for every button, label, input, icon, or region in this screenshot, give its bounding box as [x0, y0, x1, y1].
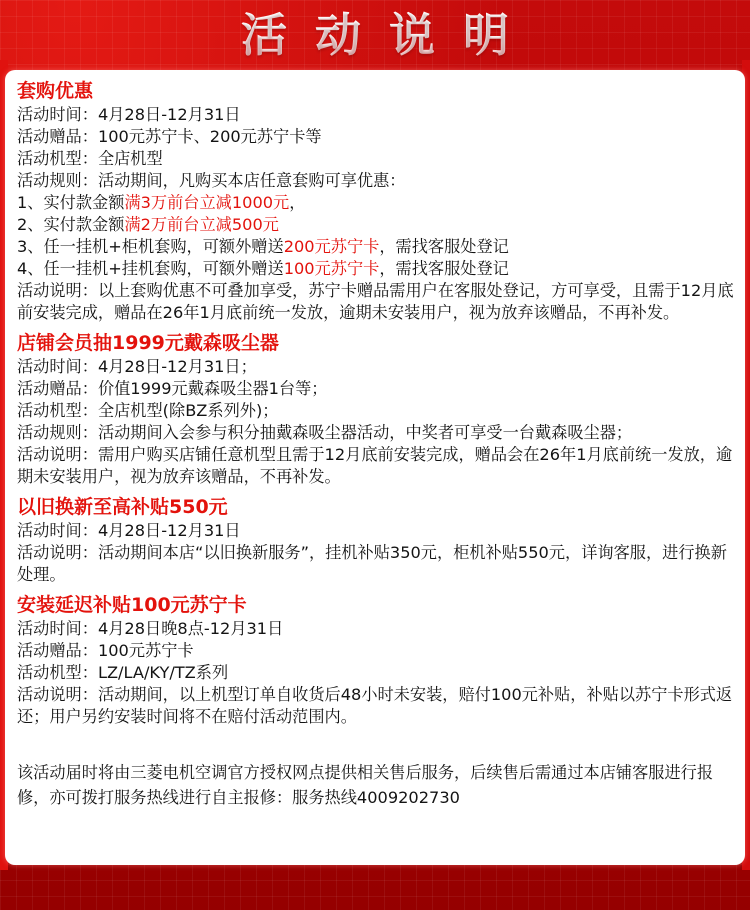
separator: ：	[82, 357, 98, 376]
after-sales-note: 该活动届时将由三菱电机空调官方授权网点提供相关售后服务，后续售后需通过本店铺客服…	[17, 760, 735, 810]
line-label: 活动说明	[17, 281, 82, 300]
section-member-lottery: 店铺会员抽1999元戴森吸尘器 活动时间：4月28日-12月31日； 活动赠品：…	[17, 330, 735, 488]
separator: ：	[82, 171, 98, 190]
info-line-rules: 活动规则：活动期间入会参与积分抽戴森吸尘器活动，中奖者可享受一台戴森吸尘器；	[17, 422, 735, 444]
rule-text: ，	[289, 193, 305, 212]
rule-highlight: 满2万前台立减500元	[124, 215, 279, 234]
line-label: 活动机型	[17, 401, 82, 420]
rule-highlight: 200元苏宁卡	[284, 237, 380, 256]
section-title: 店铺会员抽1999元戴森吸尘器	[17, 330, 735, 356]
line-label: 活动时间	[17, 357, 82, 376]
rule-text: 3、任一挂机+柜机套购，可额外赠送	[17, 237, 284, 256]
line-value: 4月28日晚8点-12月31日	[98, 619, 283, 638]
rule-text: ，需找客服处登记	[379, 237, 509, 256]
separator: ：	[82, 423, 98, 442]
line-label: 活动说明	[17, 685, 82, 704]
line-value: 全店机型	[98, 149, 163, 168]
separator: ：	[82, 105, 98, 124]
line-value: 全店机型(除BZ系列外)；	[98, 401, 279, 420]
line-value: 需用户购买店铺任意机型且需于12月底前安装完成，赠品会在26年1月底前统一发放，…	[17, 445, 732, 486]
separator: ：	[82, 445, 98, 464]
separator: ：	[82, 281, 98, 300]
rule-item-2: 2、实付款金额满2万前台立减500元	[17, 214, 735, 236]
info-line-models: 活动机型：全店机型	[17, 148, 735, 170]
activity-page: 活动说明 套购优惠 活动时间：4月28日-12月31日 活动赠品：100元苏宁卡…	[0, 0, 750, 910]
info-note: 活动说明：活动期间本店“以旧换新服务”，挂机补贴350元，柜机补贴550元，详询…	[17, 542, 735, 586]
info-line-time: 活动时间：4月28日-12月31日	[17, 520, 735, 542]
info-line-time: 活动时间：4月28日-12月31日；	[17, 356, 735, 378]
info-line-gift: 活动赠品：100元苏宁卡、200元苏宁卡等	[17, 126, 735, 148]
rule-item-3: 3、任一挂机+柜机套购，可额外赠送200元苏宁卡，需找客服处登记	[17, 236, 735, 258]
section-install-delay: 安装延迟补贴100元苏宁卡 活动时间：4月28日晚8点-12月31日 活动赠品：…	[17, 592, 735, 728]
separator: ：	[82, 619, 98, 638]
separator: ：	[82, 149, 98, 168]
info-note: 活动说明：需用户购买店铺任意机型且需于12月底前安装完成，赠品会在26年1月底前…	[17, 444, 735, 488]
separator: ：	[82, 543, 98, 562]
rule-text: 1、实付款金额	[17, 193, 124, 212]
line-value: 价值1999元戴森吸尘器1台等；	[98, 379, 328, 398]
separator: ：	[82, 401, 98, 420]
separator: ：	[82, 685, 98, 704]
line-value: LZ/LA/KY/TZ系列	[98, 663, 228, 682]
info-note: 活动说明：活动期间，以上机型订单自收货后48小时未安装，赔付100元补贴，补贴以…	[17, 684, 735, 728]
line-value: 4月28日-12月31日；	[98, 357, 257, 376]
line-label: 活动规则	[17, 423, 82, 442]
card-content: 套购优惠 活动时间：4月28日-12月31日 活动赠品：100元苏宁卡、200元…	[5, 70, 745, 810]
section-trade-in: 以旧换新至高补贴550元 活动时间：4月28日-12月31日 活动说明：活动期间…	[17, 494, 735, 586]
line-value: 100元苏宁卡	[98, 641, 194, 660]
line-label: 活动机型	[17, 663, 82, 682]
line-label: 活动时间	[17, 521, 82, 540]
info-line-time: 活动时间：4月28日-12月31日	[17, 104, 735, 126]
line-value: 4月28日-12月31日	[98, 105, 241, 124]
rule-highlight: 100元苏宁卡	[284, 259, 380, 278]
line-label: 活动机型	[17, 149, 82, 168]
rule-item-1: 1、实付款金额满3万前台立减1000元，	[17, 192, 735, 214]
info-line-time: 活动时间：4月28日晚8点-12月31日	[17, 618, 735, 640]
info-line-gift: 活动赠品：价值1999元戴森吸尘器1台等；	[17, 378, 735, 400]
rule-text: ，需找客服处登记	[379, 259, 509, 278]
line-value: 活动期间，凡购买本店任意套购可享优惠：	[98, 171, 406, 190]
section-bundle-discount: 套购优惠 活动时间：4月28日-12月31日 活动赠品：100元苏宁卡、200元…	[17, 78, 735, 324]
separator: ：	[82, 663, 98, 682]
line-value: 100元苏宁卡、200元苏宁卡等	[98, 127, 322, 146]
line-label: 活动规则	[17, 171, 82, 190]
line-value: 4月28日-12月31日	[98, 521, 241, 540]
info-line-gift: 活动赠品：100元苏宁卡	[17, 640, 735, 662]
line-value: 活动期间，以上机型订单自收货后48小时未安装，赔付100元补贴，补贴以苏宁卡形式…	[17, 685, 732, 726]
description-card: 套购优惠 活动时间：4月28日-12月31日 活动赠品：100元苏宁卡、200元…	[5, 70, 745, 865]
separator: ：	[82, 379, 98, 398]
rule-text: 2、实付款金额	[17, 215, 124, 234]
info-line-models: 活动机型：全店机型(除BZ系列外)；	[17, 400, 735, 422]
line-value: 活动期间本店“以旧换新服务”，挂机补贴350元，柜机补贴550元，详询客服，进行…	[17, 543, 727, 584]
line-value: 以上套购优惠不可叠加享受，苏宁卡赠品需用户在客服处登记，方可享受，且需于12月底…	[17, 281, 734, 322]
rule-item-4: 4、任一挂机+挂机套购，可额外赠送100元苏宁卡，需找客服处登记	[17, 258, 735, 280]
info-note: 活动说明：以上套购优惠不可叠加享受，苏宁卡赠品需用户在客服处登记，方可享受，且需…	[17, 280, 735, 324]
rule-text: 4、任一挂机+挂机套购，可额外赠送	[17, 259, 284, 278]
info-line-models: 活动机型：LZ/LA/KY/TZ系列	[17, 662, 735, 684]
line-label: 活动说明	[17, 543, 82, 562]
line-label: 活动时间	[17, 105, 82, 124]
info-line-rules: 活动规则：活动期间，凡购买本店任意套购可享优惠：	[17, 170, 735, 192]
section-title: 以旧换新至高补贴550元	[17, 494, 735, 520]
separator: ：	[82, 521, 98, 540]
line-label: 活动赠品	[17, 641, 82, 660]
page-title: 活动说明	[241, 0, 537, 70]
separator: ：	[82, 127, 98, 146]
line-label: 活动赠品	[17, 379, 82, 398]
line-label: 活动说明	[17, 445, 82, 464]
line-label: 活动赠品	[17, 127, 82, 146]
header-banner: 活动说明	[0, 0, 750, 70]
section-title: 安装延迟补贴100元苏宁卡	[17, 592, 735, 618]
line-value: 活动期间入会参与积分抽戴森吸尘器活动，中奖者可享受一台戴森吸尘器；	[98, 423, 632, 442]
line-label: 活动时间	[17, 619, 82, 638]
rule-highlight: 满3万前台立减1000元	[124, 193, 289, 212]
separator: ：	[82, 641, 98, 660]
section-title: 套购优惠	[17, 78, 735, 104]
